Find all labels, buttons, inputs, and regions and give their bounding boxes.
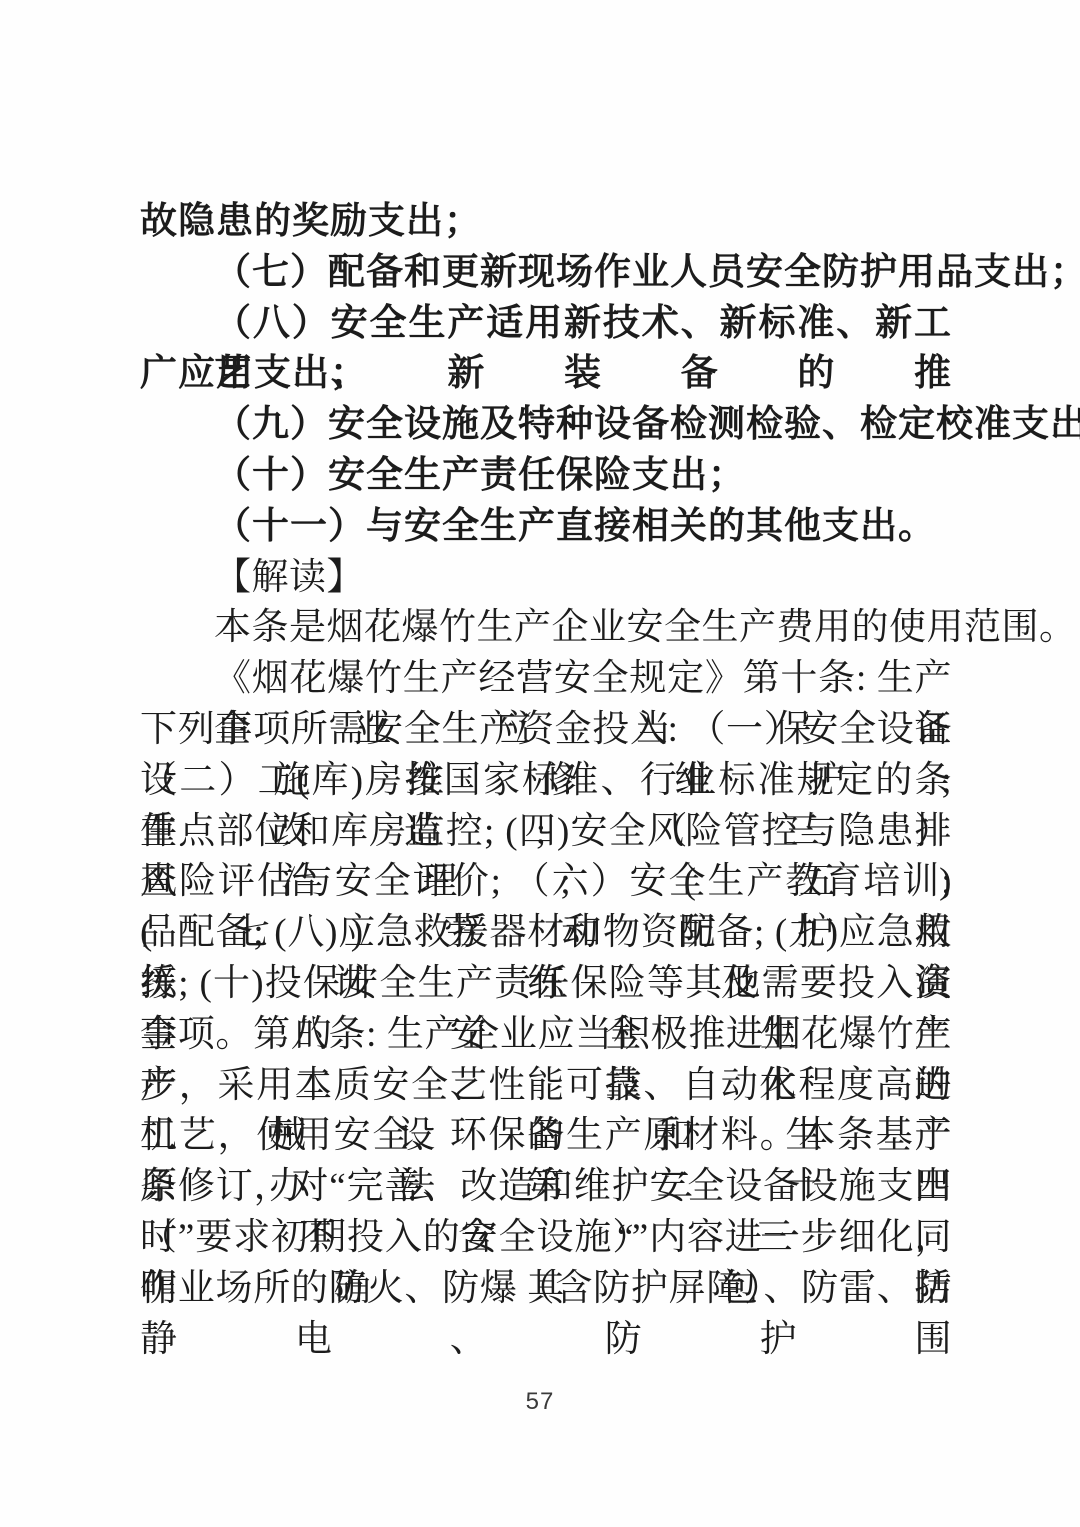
text-line: （九）安全设施及特种设备检测检验、检定校准支出； — [140, 400, 952, 451]
text-line: 下列事项所需安全生产资金投入: （一）安全设备设施维修维护; — [140, 705, 952, 756]
text-line: 《烟花爆竹生产经营安全规定》第十条: 生产企业应当保证 — [140, 654, 952, 705]
text-line: （二）工(库)房按国家标准、行业标准规定的条件改造; （三） — [140, 756, 952, 807]
text-line: 品配备; (八)应急救援器材和物资配备; (九)应急救援训练及演 — [140, 908, 952, 959]
text-line: （十一）与安全生产直接相关的其他支出。 — [140, 502, 952, 553]
text-line: 条修订，对“完善、改造和维护安全设备设施支出（不含“三同 — [140, 1162, 952, 1213]
text-line: 风险评估与安全评价; （六）安全生产教育培训; (七)劳动防护用 — [140, 857, 952, 908]
page-number: 57 — [526, 1388, 555, 1416]
text-line: 工艺，使用安全、环保的生产原材料。本条基于原办法第二十四 — [140, 1111, 952, 1162]
text-line: 作业场所的防火、防爆（含防护屏障）、防雷、防静电、防护围 — [140, 1264, 952, 1315]
text-line: （七）配备和更新现场作业人员安全防护用品支出； — [140, 248, 952, 299]
text-line: （十）安全生产责任保险支出； — [140, 451, 952, 502]
document-body: 故隐患的奖励支出； （七）配备和更新现场作业人员安全防护用品支出； （八）安全生… — [140, 197, 952, 1315]
text-line: 步，采用本质安全、性能可靠、自动化程度高的机械设备和生产 — [140, 1061, 952, 1112]
interpretation-heading: 【解读】 — [140, 553, 952, 604]
document-page: 故隐患的奖励支出； （七）配备和更新现场作业人员安全防护用品支出； （八）安全生… — [0, 0, 1080, 1527]
text-line: 练; (十)投保安全生产责任保险等其他需要投入资金的安全生产 — [140, 959, 952, 1010]
text-line: 本条是烟花爆竹生产企业安全生产费用的使用范围。 — [140, 603, 952, 654]
text-line: 时”要求初期投入的安全设施）”内容进一步细化，明确其包括 — [140, 1213, 952, 1264]
text-line: 事项。第八条: 生产企业应当积极推进烟花爆竹生产工艺技术进 — [140, 1010, 952, 1061]
text-line: （八）安全生产适用新技术、新标准、新工艺、新装备的推 — [140, 299, 952, 350]
page-footer: 57 — [0, 1388, 1080, 1416]
text-line: 故隐患的奖励支出； — [140, 197, 952, 248]
text-line: 重点部位和库房监控; (四)安全风险管控与隐患排查治理; (五) — [140, 807, 952, 858]
